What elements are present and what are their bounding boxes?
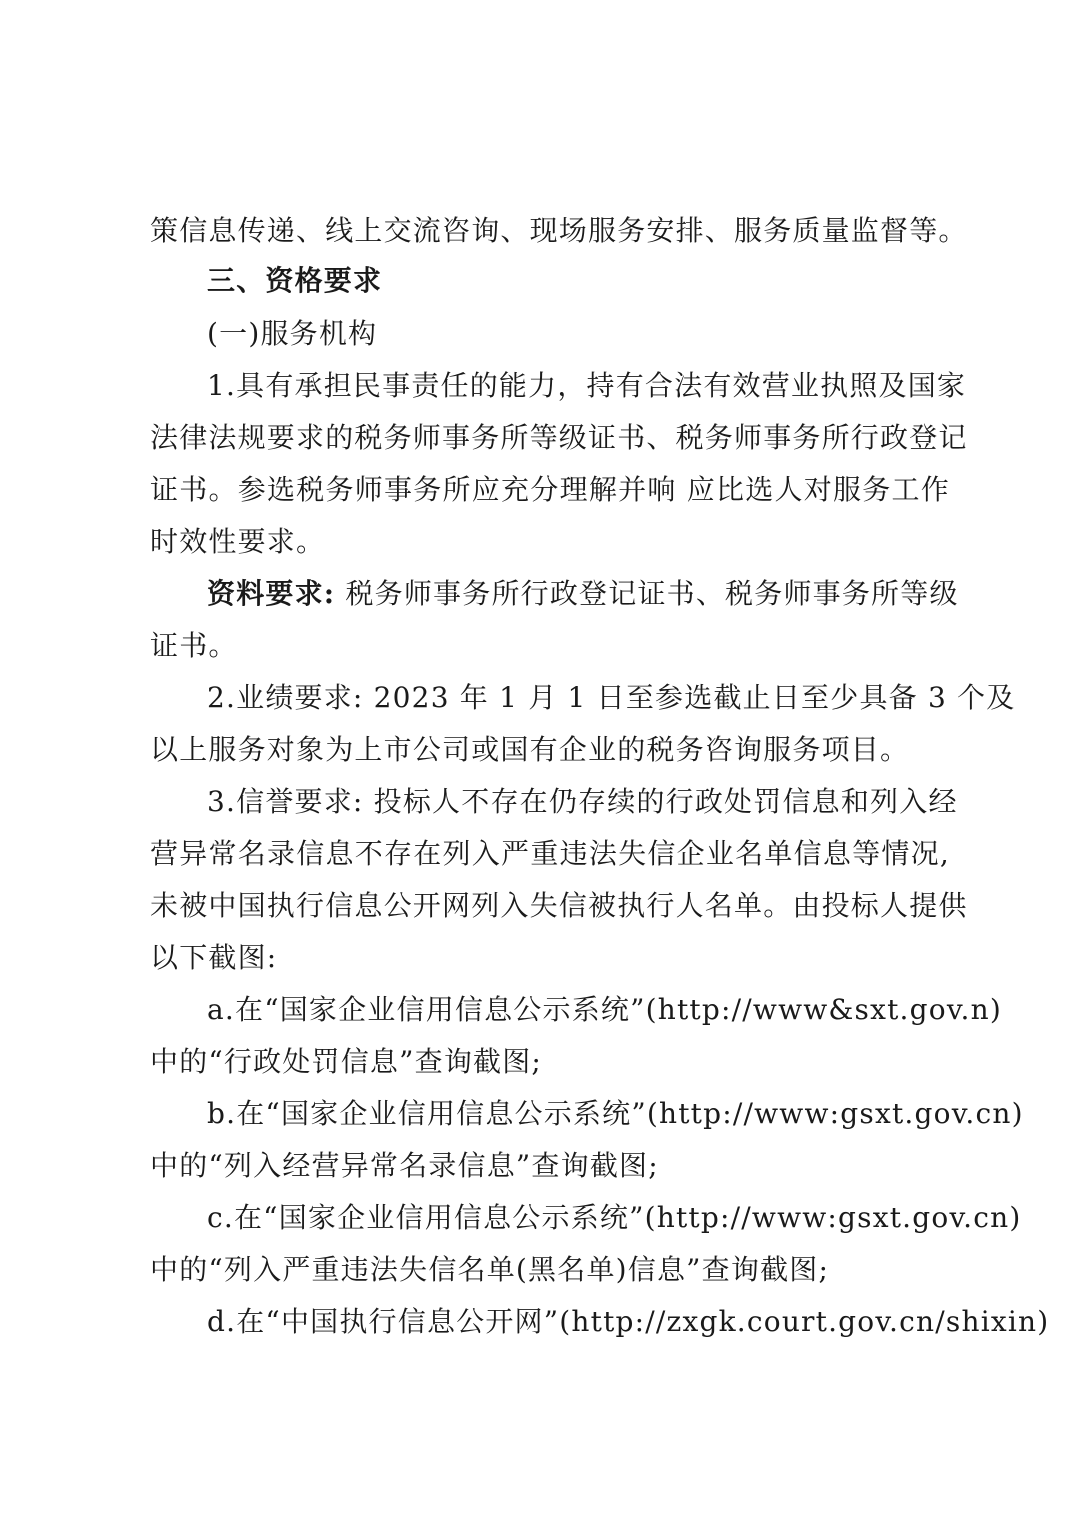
paragraph-line-service-content-end: 策信息传递、线上交流咨询、现场服务安排、服务质量监督等。	[150, 213, 950, 249]
materials-requirement-line-1: 资料要求: 税务师事务所行政登记证书、税务师事务所等级	[207, 576, 950, 612]
screenshot-item-a-line-2: 中的“行政处罚信息”查询截图;	[150, 1044, 950, 1080]
requirement-2-line-1: 2.业绩要求: 2023 年 1 月 1 日至参选截止日至少具备 3 个及	[207, 680, 950, 716]
requirement-1-line-1: 1.具有承担民事责任的能力，持有合法有效营业执照及国家	[207, 368, 950, 404]
requirement-1-line-2: 法律法规要求的税务师事务所等级证书、税务师事务所行政登记	[150, 420, 950, 456]
screenshot-item-b-line-1: b.在“国家企业信用信息公示系统”(http://www:gsxt.gov.cn…	[207, 1096, 950, 1132]
requirement-3-line-2: 营异常名录信息不存在列入严重违法失信企业名单信息等情况,	[150, 836, 950, 872]
subsection-heading-service-organization: (一)服务机构	[207, 316, 950, 352]
requirement-1-line-3: 证书。参选税务师事务所应充分理解并响 应比选人对服务工作	[150, 472, 950, 508]
screenshot-item-a-line-1: a.在“国家企业信用信息公示系统”(http://www&sxt.gov.n)	[207, 992, 950, 1028]
materials-requirement-label: 资料要求:	[207, 577, 335, 610]
requirement-3-line-3: 未被中国执行信息公开网列入失信被执行人名单。由投标人提供	[150, 888, 950, 924]
requirement-1-line-4: 时效性要求。	[150, 524, 950, 560]
screenshot-item-b-line-2: 中的“列入经营异常名录信息”查询截图;	[150, 1148, 950, 1184]
materials-requirement-body: 税务师事务所行政登记证书、税务师事务所等级	[335, 577, 958, 610]
requirement-2-line-2: 以上服务对象为上市公司或国有企业的税务咨询服务项目。	[150, 732, 950, 768]
requirement-3-line-4: 以下截图:	[150, 940, 950, 976]
screenshot-item-c-line-1: c.在“国家企业信用信息公示系统”(http://www:gsxt.gov.cn…	[207, 1200, 950, 1236]
requirement-3-line-1: 3.信誉要求: 投标人不存在仍存续的行政处罚信息和列入经	[207, 784, 950, 820]
screenshot-item-d-line-1: d.在“中国执行信息公开网”(http://zxgk.court.gov.cn/…	[207, 1304, 950, 1340]
materials-requirement-line-2: 证书。	[150, 628, 950, 664]
screenshot-item-c-line-2: 中的“列入严重违法失信名单(黑名单)信息”查询截图;	[150, 1252, 950, 1288]
section-heading-qualification-requirements: 三、资格要求	[207, 263, 950, 299]
document-page: 策信息传递、线上交流咨询、现场服务安排、服务质量监督等。 三、资格要求 (一)服…	[0, 0, 1080, 1526]
